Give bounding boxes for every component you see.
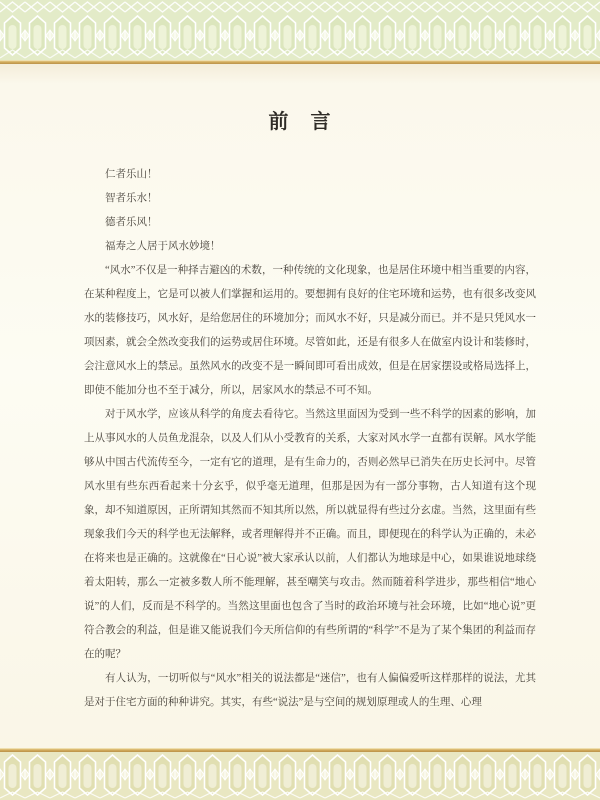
preface-text: 仁者乐山！ 智者乐水！ 德者乐风！ 福寿之人居于风水妙境！ “风水”不仅是一种择… xyxy=(84,163,536,715)
intro-line: 智者乐水！ xyxy=(84,187,536,211)
paragraph: “风水”不仅是一种择吉避凶的术数，一种传统的文化现象，也是居住环境中相当重要的内… xyxy=(84,259,536,403)
paragraph: 有人认为，一切听似与“风水”相关的说法都是“迷信”，也有人偏偏爱听这样那样的说法… xyxy=(84,667,536,715)
intro-line: 福寿之人居于风水妙境！ xyxy=(84,235,536,259)
intro-line: 仁者乐山！ xyxy=(84,163,536,187)
intro-line: 德者乐风！ xyxy=(84,211,536,235)
page-content: 前 言 仁者乐山！ 智者乐水！ 德者乐风！ 福寿之人居于风水妙境！ “风水”不仅… xyxy=(0,64,600,748)
paragraph: 对于风水学，应该从科学的角度去看待它。当然这里面因为受到一些不科学的因素的影响，… xyxy=(84,403,536,667)
top-border-ornament xyxy=(0,0,600,60)
preface-page: 前 言 仁者乐山！ 智者乐水！ 德者乐风！ 福寿之人居于风水妙境！ “风水”不仅… xyxy=(0,0,600,800)
bottom-border-ornament xyxy=(0,752,600,800)
page-title: 前 言 xyxy=(0,110,600,135)
